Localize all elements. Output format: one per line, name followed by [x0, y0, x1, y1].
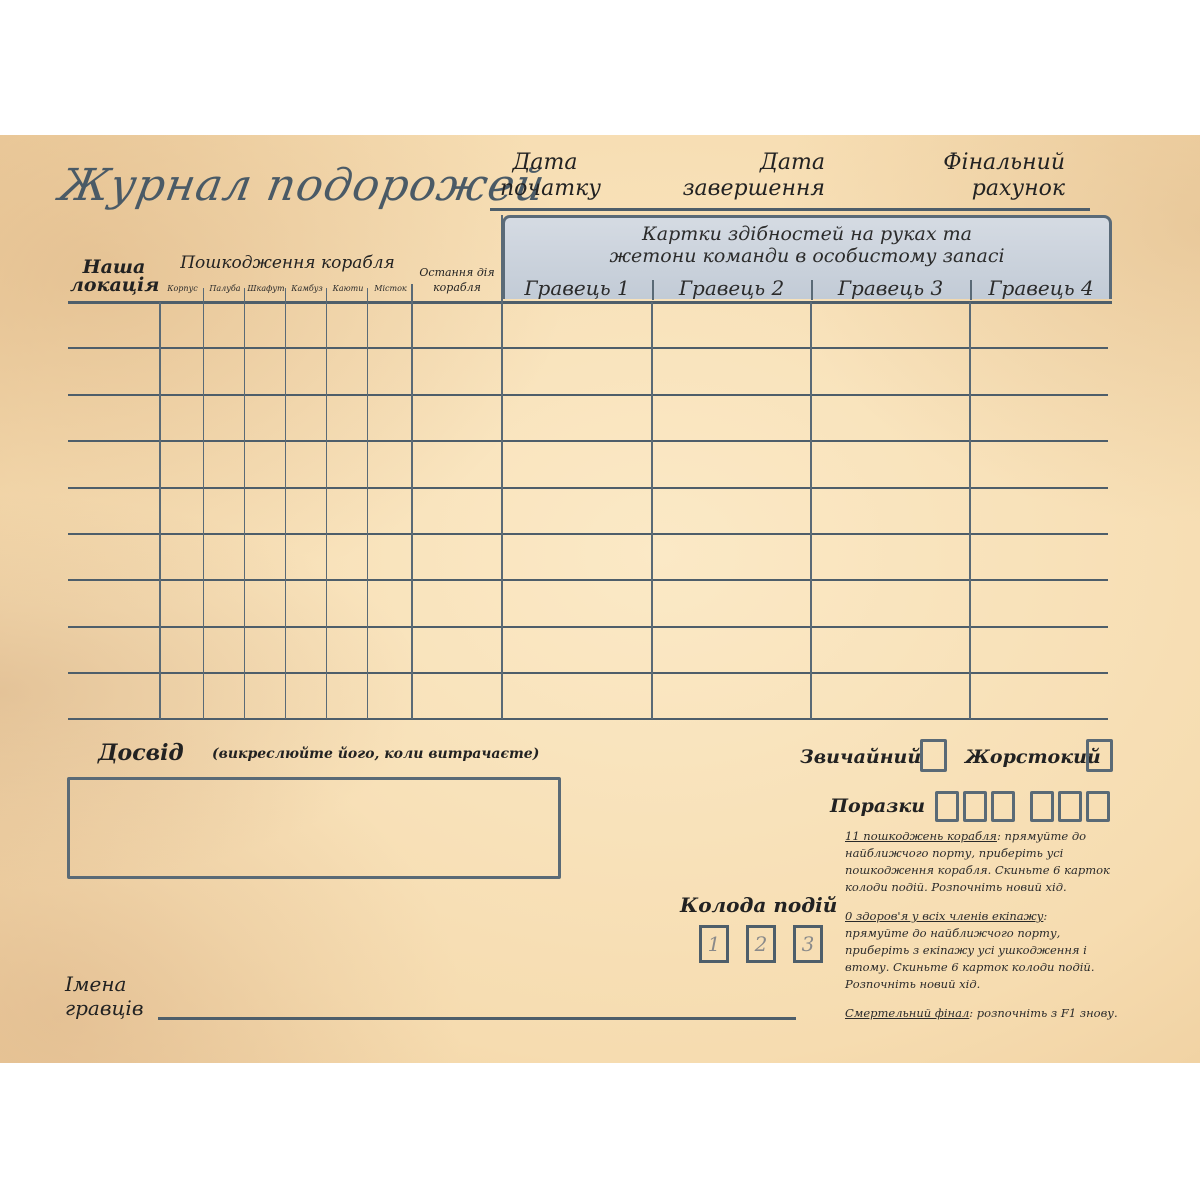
location-header-line2: локація — [70, 276, 158, 294]
row-line — [68, 718, 1108, 720]
start-date-label-line1: Дата — [500, 150, 590, 176]
defeat-checkbox-1[interactable] — [935, 791, 959, 822]
damage-col-hull: Корпус — [161, 284, 204, 293]
start-date-field[interactable] — [588, 190, 668, 208]
event-deck-card-2[interactable]: 2 — [746, 925, 776, 963]
player-names-label-line1: Імена — [65, 972, 143, 996]
row-line — [68, 440, 1108, 442]
col-line — [411, 284, 413, 719]
damage-col-galley: Камбуз — [287, 284, 327, 293]
col-line — [159, 302, 161, 719]
row-line — [68, 579, 1108, 581]
abilities-header-line2: жетони команди в особистому запасі — [502, 245, 1112, 267]
col-line — [244, 288, 245, 719]
last-action-header-line2: корабля — [412, 280, 502, 295]
row-line — [68, 487, 1108, 489]
defeat-rule-ship-damage: 11 пошкоджень корабля: прямуйте до найбл… — [845, 828, 1145, 896]
start-date-label: Дата початку — [500, 150, 590, 202]
defeat-rule-lead: 11 пошкоджень корабля — [845, 829, 997, 843]
player-1-header: Гравець 1 — [502, 276, 652, 300]
damage-col-deck: Палуба — [205, 284, 245, 293]
row-line — [68, 394, 1108, 396]
row-line — [68, 626, 1108, 628]
col-line — [367, 288, 368, 719]
damage-col-bridge: Місток — [369, 284, 412, 293]
abilities-header: Картки здібностей на руках та жетони ком… — [502, 223, 1112, 267]
defeat-rule-crew-health: 0 здоров'я у всіх членів екіпажу: прямуй… — [845, 908, 1105, 993]
col-line — [810, 302, 812, 719]
start-date-label-line2: початку — [500, 176, 590, 202]
event-deck-card-3[interactable]: 3 — [793, 925, 823, 963]
final-score-label-line2: рахунок — [925, 176, 1065, 202]
difficulty-normal-label: Звичайний — [800, 746, 921, 768]
experience-field[interactable] — [67, 777, 561, 879]
row-line — [68, 301, 1112, 304]
difficulty-hard-label: Жорстокий — [965, 746, 1101, 768]
player-names-field[interactable] — [158, 995, 796, 1017]
player-3-header: Гравець 3 — [811, 276, 970, 300]
difficulty-hard-checkbox[interactable] — [1086, 739, 1113, 772]
event-deck-label: Колода подій — [680, 893, 837, 917]
header-divider — [652, 280, 654, 300]
defeat-checkbox-2[interactable] — [963, 791, 987, 822]
col-line — [969, 302, 971, 719]
last-action-header: Остання дія корабля — [412, 265, 502, 295]
defeat-checkbox-5[interactable] — [1058, 791, 1082, 822]
final-score-label: Фінальний рахунок — [925, 150, 1065, 202]
final-score-label-line1: Фінальний — [925, 150, 1065, 176]
player-names-label-line2: гравців — [65, 996, 143, 1020]
end-date-label: Дата завершення — [675, 150, 825, 202]
player-4-header: Гравець 4 — [970, 276, 1112, 300]
row-line — [68, 347, 1108, 349]
defeats-label: Поразки — [830, 795, 925, 817]
abilities-header-line1: Картки здібностей на руках та — [502, 223, 1112, 245]
player-2-header: Гравець 2 — [652, 276, 811, 300]
end-date-field[interactable] — [825, 190, 925, 208]
defeat-rule-text: : розпочніть з F1 знову. — [969, 1006, 1117, 1020]
col-line — [285, 288, 286, 719]
damage-col-cabins: Каюти — [328, 284, 368, 293]
col-line — [203, 288, 204, 719]
experience-label: Досвід — [98, 740, 184, 766]
defeat-rule-fatal-ending: Смертельний фінал: розпочніть з F1 знову… — [845, 1005, 1155, 1022]
defeat-rule-lead: 0 здоров'я у всіх членів екіпажу — [845, 909, 1043, 923]
defeat-checkbox-3[interactable] — [991, 791, 1015, 822]
sheet-title: Журнал подорожей — [56, 160, 550, 211]
header-divider — [970, 280, 972, 300]
last-action-header-line1: Остання дія — [412, 265, 502, 280]
player-names-line — [158, 1017, 796, 1020]
defeat-checkbox-6[interactable] — [1086, 791, 1110, 822]
end-date-label-line2: завершення — [675, 176, 825, 202]
ship-damage-header: Пошкодження корабля — [165, 253, 410, 273]
header-underline — [490, 208, 1090, 211]
location-header: Наша локація — [70, 258, 158, 294]
defeat-checkbox-4[interactable] — [1030, 791, 1054, 822]
row-line — [68, 672, 1108, 674]
experience-hint: (викреслюйте його, коли витрачаєте) — [212, 746, 539, 762]
difficulty-normal-checkbox[interactable] — [920, 739, 947, 772]
event-deck-card-1[interactable]: 1 — [699, 925, 729, 963]
col-line — [326, 288, 327, 719]
damage-col-waist: Шкафут — [246, 284, 286, 293]
row-line — [68, 533, 1108, 535]
col-line — [651, 302, 653, 719]
end-date-label-line1: Дата — [675, 150, 825, 176]
header-divider — [811, 280, 813, 300]
defeat-rule-lead: Смертельний фінал — [845, 1006, 969, 1020]
player-names-label: Імена гравців — [65, 972, 143, 1020]
col-line — [501, 215, 503, 719]
